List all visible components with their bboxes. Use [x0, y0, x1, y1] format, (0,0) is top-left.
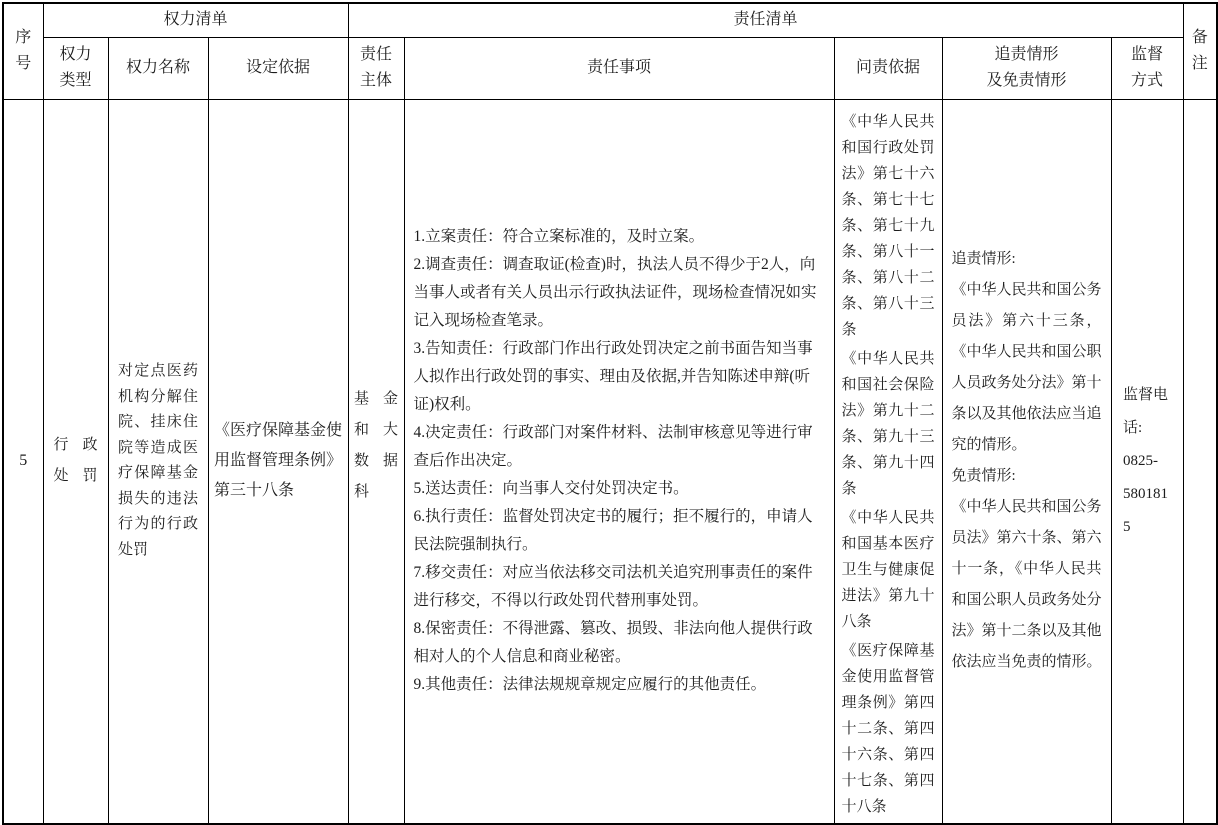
power-type-text: 行政处罚	[54, 430, 98, 492]
header-group-responsibility-list: 责任清单	[348, 3, 1183, 37]
header-remarks: 备注	[1183, 3, 1217, 99]
accountability-ref: 《中华人民共和国行政处罚法》第七十六条、第七十七条、第七十九条、第八十一条、第八…	[842, 109, 935, 343]
header-accountability-basis: 问责依据	[834, 37, 942, 99]
header-serial-label: 序号	[14, 25, 32, 77]
duty-item: 7.移交责任：对应当依法移交司法机关追究刑事责任的案件进行移交，不得以行政处罚代…	[414, 559, 825, 615]
header-power-type-label: 权力类型	[59, 42, 93, 94]
table-row: 5 行政处罚 对定点医药机构分解住院、挂床住院等造成医疗保障基金损失的违法行为的…	[3, 99, 1217, 824]
header-setting-basis: 设定依据	[208, 37, 348, 99]
header-power-type: 权力类型	[43, 37, 108, 99]
duty-item: 2.调查责任：调查取证(检查)时，执法人员不得少于2人，向当事人或者有关人员出示…	[414, 251, 825, 335]
header-row-columns: 权力类型 权力名称 设定依据 责任主体 责任事项 问责依据 追责情形 及免责情形…	[3, 37, 1217, 99]
cell-accountability-basis: 《中华人民共和国行政处罚法》第七十六条、第七十七条、第七十九条、第八十一条、第八…	[834, 99, 942, 824]
cell-duty-items: 1.立案责任：符合立案标准的，及时立案。 2.调查责任：调查取证(检查)时，执法…	[404, 99, 834, 824]
header-supervision: 监督方式	[1111, 37, 1183, 99]
duty-item: 8.保密责任：不得泄露、篡改、损毁、非法向他人提供行政相对人的个人信息和商业秘密…	[414, 615, 825, 671]
duty-item: 3.告知责任：行政部门作出行政处罚决定之前书面告知当事人拟作出行政处罚的事实、理…	[414, 335, 825, 419]
header-pursuit-exemption: 追责情形 及免责情形	[942, 37, 1111, 99]
pursue-label: 追责情形:	[952, 244, 1102, 275]
table-body: 5 行政处罚 对定点医药机构分解住院、挂床住院等造成医疗保障基金损失的违法行为的…	[3, 99, 1217, 824]
header-duty-items: 责任事项	[404, 37, 834, 99]
duty-item: 1.立案责任：符合立案标准的，及时立案。	[414, 223, 825, 251]
cell-supervision: 监督电话: 0825-5801815	[1111, 99, 1183, 824]
cell-setting-basis: 《医疗保障基金使用监督管理条例》第三十八条	[208, 99, 348, 824]
accountability-ref: 《中华人民共和国社会保险法》第九十二条、第九十三条、第九十四条	[842, 346, 935, 502]
header-pursuit-line1: 追责情形	[943, 42, 1111, 68]
header-remarks-label: 备注	[1191, 25, 1209, 77]
pursue-text: 《中华人民共和国公务员法》第六十三条，《中华人民共和国公职人员政务处分法》第十条…	[952, 275, 1102, 461]
power-name-text: 对定点医药机构分解住院、挂床住院等造成医疗保障基金损失的违法行为的行政处罚	[118, 359, 198, 563]
duty-item: 4.决定责任：行政部门对案件材料、法制审核意见等进行审查后作出决定。	[414, 419, 825, 475]
header-responsible-body-label: 责任主体	[359, 42, 393, 94]
cell-power-name: 对定点医药机构分解住院、挂床住院等造成医疗保障基金损失的违法行为的行政处罚	[108, 99, 208, 824]
duty-item: 6.执行责任：监督处罚决定书的履行；拒不履行的，申请人民法院强制执行。	[414, 503, 825, 559]
header-power-name: 权力名称	[108, 37, 208, 99]
exempt-text: 《中华人民共和国公务员法》第六十条、第六十一条，《中华人民共和国公职人员政务处分…	[952, 492, 1102, 678]
power-responsibility-table: 序号 权力清单 责任清单 备注 权力类型 权力名称 设定依据 责任主体 责任事项…	[2, 2, 1218, 825]
header-responsible-body: 责任主体	[348, 37, 404, 99]
cell-power-type: 行政处罚	[43, 99, 108, 824]
accountability-ref: 《中华人民共和国基本医疗卫生与健康促进法》第九十八条	[842, 505, 935, 635]
setting-basis-text: 《医疗保障基金使用监督管理条例》第三十八条	[214, 416, 342, 506]
cell-pursuit-exemption: 追责情形: 《中华人民共和国公务员法》第六十三条，《中华人民共和国公职人员政务处…	[942, 99, 1111, 824]
cell-responsible-body: 基金和大数据科	[348, 99, 404, 824]
duty-item: 9.其他责任：法律法规规章规定应履行的其他责任。	[414, 671, 825, 699]
header-supervision-label: 监督方式	[1130, 42, 1164, 94]
exempt-label: 免责情形:	[952, 461, 1102, 492]
header-row-groups: 序号 权力清单 责任清单 备注	[3, 3, 1217, 37]
header-group-power-list: 权力清单	[43, 3, 348, 37]
responsible-body-text: 基金和大数据科	[354, 384, 398, 539]
header-pursuit-line2: 及免责情形	[943, 68, 1111, 94]
header-serial: 序号	[3, 3, 43, 99]
accountability-ref: 《医疗保障基金使用监督管理条例》第四十二条、第四十六条、第四十七条、第四十八条	[842, 638, 935, 820]
cell-serial: 5	[3, 99, 43, 824]
cell-remarks	[1183, 99, 1217, 824]
table-header: 序号 权力清单 责任清单 备注 权力类型 权力名称 设定依据 责任主体 责任事项…	[3, 3, 1217, 99]
duty-item: 5.送达责任：向当事人交付处罚决定书。	[414, 475, 825, 503]
supervision-phone: 监督电话: 0825-5801815	[1123, 379, 1171, 544]
